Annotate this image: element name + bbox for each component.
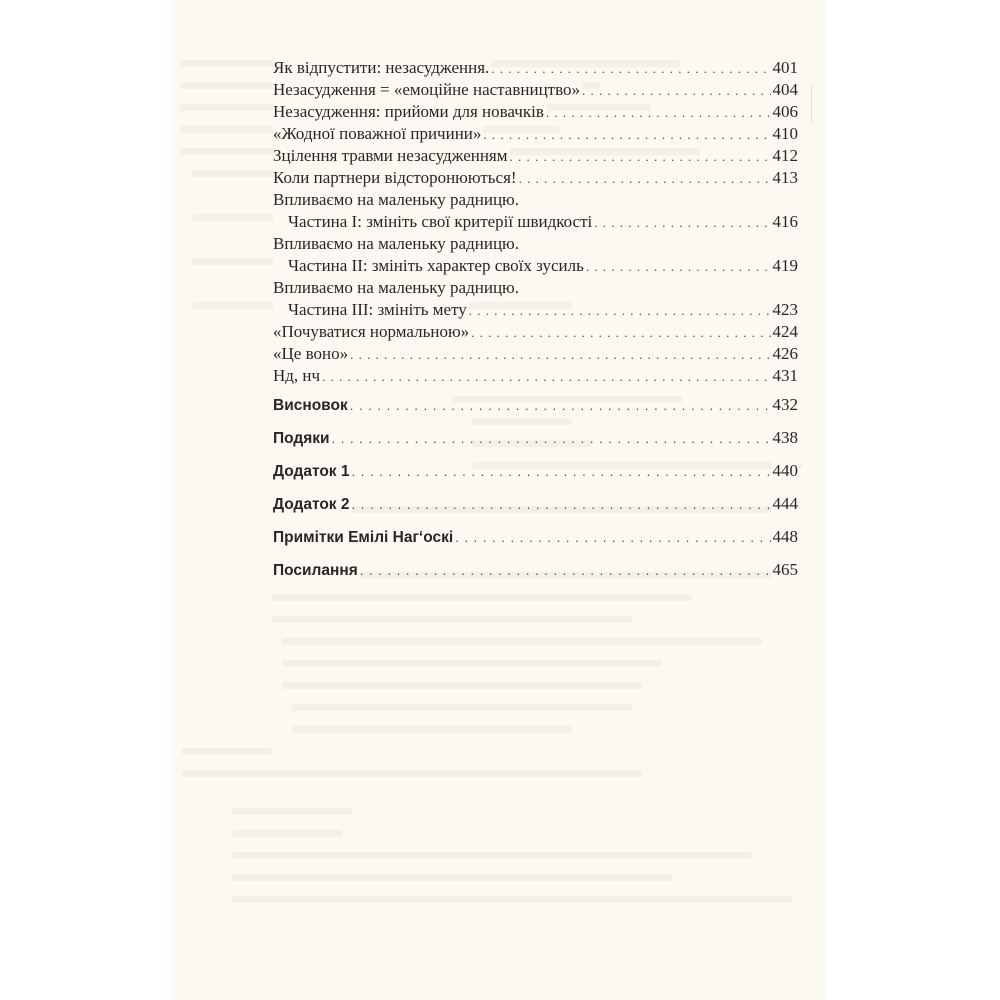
toc-entry-chapter: Примітки Емілі Наг‘оскі 448 <box>273 527 798 548</box>
toc-entry-title: Впливаємо на маленьку радницю. <box>273 234 521 254</box>
toc-entry-title: Висновок <box>273 396 350 416</box>
toc-entry-page: 448 <box>771 527 799 547</box>
toc-entry: «Почуватися нормальною» 424 <box>273 322 798 343</box>
toc-entry-page: 438 <box>771 428 799 448</box>
toc-entry-title: Як відпустити: незасудження. <box>273 58 491 78</box>
toc-entry-page: 423 <box>771 300 799 320</box>
dot-leader <box>455 528 770 548</box>
toc-entry: Впливаємо на маленьку радницю. <box>273 234 798 254</box>
toc-entry-title: Подяки <box>273 429 332 449</box>
toc-entry-title: Частина ІІІ: змініть мету <box>273 300 469 320</box>
toc-entry-title: Додаток 1 <box>273 462 352 482</box>
toc-entry-page: 413 <box>771 168 799 188</box>
show-through-line <box>232 852 752 859</box>
toc-entry-title: Зцілення травми незасудженням <box>273 146 510 166</box>
toc-entry-page: 401 <box>771 58 799 78</box>
dot-leader <box>469 301 771 321</box>
toc-entry-title: Впливаємо на маленьку радницю. <box>273 278 521 298</box>
toc-entry-title: «Жодної поважної причини» <box>273 124 483 144</box>
toc-entry: Незасудження: прийоми для новачків 406 <box>273 102 798 123</box>
toc-entry-title: Частина І: змініть свої критерії швидкос… <box>273 212 594 232</box>
dot-leader <box>546 103 771 123</box>
toc-entry-page: 432 <box>771 395 799 415</box>
show-through-line <box>232 808 352 815</box>
dot-leader <box>350 345 770 365</box>
toc-entry-page: 440 <box>771 461 799 481</box>
toc-entry-page: 424 <box>771 322 799 342</box>
toc-entry: «Жодної поважної причини» 410 <box>273 124 798 145</box>
toc-entry: Зцілення травми незасудженням 412 <box>273 146 798 167</box>
toc-entry-title: Впливаємо на маленьку радницю. <box>273 190 521 210</box>
dot-leader <box>360 561 771 581</box>
toc-entry: Частина ІІ: змініть характер своїх зусил… <box>273 256 798 277</box>
dot-leader <box>322 367 770 387</box>
show-through-line <box>282 638 762 645</box>
toc-entry-title: Незасудження = «емоційне наставництво» <box>273 80 582 100</box>
dot-leader <box>332 429 771 449</box>
toc-entry-page: 406 <box>771 102 799 122</box>
show-through-line <box>232 896 792 903</box>
toc-entry-page: 426 <box>771 344 799 364</box>
dot-leader <box>352 495 771 515</box>
toc-entry-chapter: Додаток 2 444 <box>273 494 798 515</box>
show-through-line <box>232 830 342 837</box>
page-edge-mark <box>811 84 812 124</box>
toc-entry-title: «Це воно» <box>273 344 350 364</box>
toc-entry: Незасудження = «емоційне наставництво» 4… <box>273 80 798 101</box>
show-through-line <box>272 594 692 601</box>
toc-entry-page: 416 <box>771 212 799 232</box>
toc-entry-title: Посилання <box>273 561 360 581</box>
toc-entry-page: 431 <box>771 366 799 386</box>
show-through-line <box>472 418 572 425</box>
dot-leader <box>483 125 770 145</box>
dot-leader <box>491 59 770 79</box>
show-through-line <box>232 874 672 881</box>
toc-entry: Частина І: змініть свої критерії швидкос… <box>273 212 798 233</box>
toc-entry: Впливаємо на маленьку радницю. <box>273 278 798 298</box>
toc-entry-title: Примітки Емілі Наг‘оскі <box>273 528 455 548</box>
show-through-line <box>182 770 642 777</box>
toc-entry-title: Незасудження: прийоми для новачків <box>273 102 546 122</box>
dot-leader <box>519 169 771 189</box>
show-through-line <box>292 704 632 711</box>
toc-entry-page: 412 <box>771 146 799 166</box>
dot-leader <box>510 147 771 167</box>
toc-entry: Як відпустити: незасудження. 401 <box>273 58 798 79</box>
toc-entry: Частина ІІІ: змініть мету 423 <box>273 300 798 321</box>
dot-leader <box>582 81 770 101</box>
dot-leader <box>586 257 771 277</box>
toc-entry-page: 419 <box>771 256 799 276</box>
show-through-line <box>292 726 572 733</box>
toc-entry: Нд, нч 431 <box>273 366 798 387</box>
toc-entry-title: Коли партнери відсторонюються! <box>273 168 519 188</box>
toc-entry-title: Нд, нч <box>273 366 322 386</box>
toc-entry-page: 410 <box>771 124 799 144</box>
show-through-line <box>272 616 632 623</box>
toc-entry-title: Частина ІІ: змініть характер своїх зусил… <box>273 256 586 276</box>
dot-leader <box>352 462 771 482</box>
toc-entry-chapter: Додаток 1 440 <box>273 461 798 482</box>
toc-entry-chapter: Подяки 438 <box>273 428 798 449</box>
toc-entry: Впливаємо на маленьку радницю. <box>273 190 798 210</box>
toc-entry-chapter: Посилання 465 <box>273 560 798 581</box>
toc-entry-page: 465 <box>771 560 799 580</box>
show-through-line <box>282 682 642 689</box>
dot-leader <box>471 323 770 343</box>
toc-entry: Коли партнери відсторонюються! 413 <box>273 168 798 189</box>
toc-entry-chapter: Висновок 432 <box>273 395 798 416</box>
toc-entry-page: 404 <box>771 80 799 100</box>
show-through-line <box>282 660 662 667</box>
dot-leader <box>350 396 771 416</box>
show-through-line <box>182 748 272 755</box>
book-page: Як відпустити: незасудження. 401 Незасуд… <box>172 0 826 1000</box>
toc-entry-page: 444 <box>771 494 799 514</box>
dot-leader <box>594 213 770 233</box>
toc-entry-title: «Почуватися нормальною» <box>273 322 471 342</box>
toc-entry: «Це воно» 426 <box>273 344 798 365</box>
toc-entry-title: Додаток 2 <box>273 495 352 515</box>
